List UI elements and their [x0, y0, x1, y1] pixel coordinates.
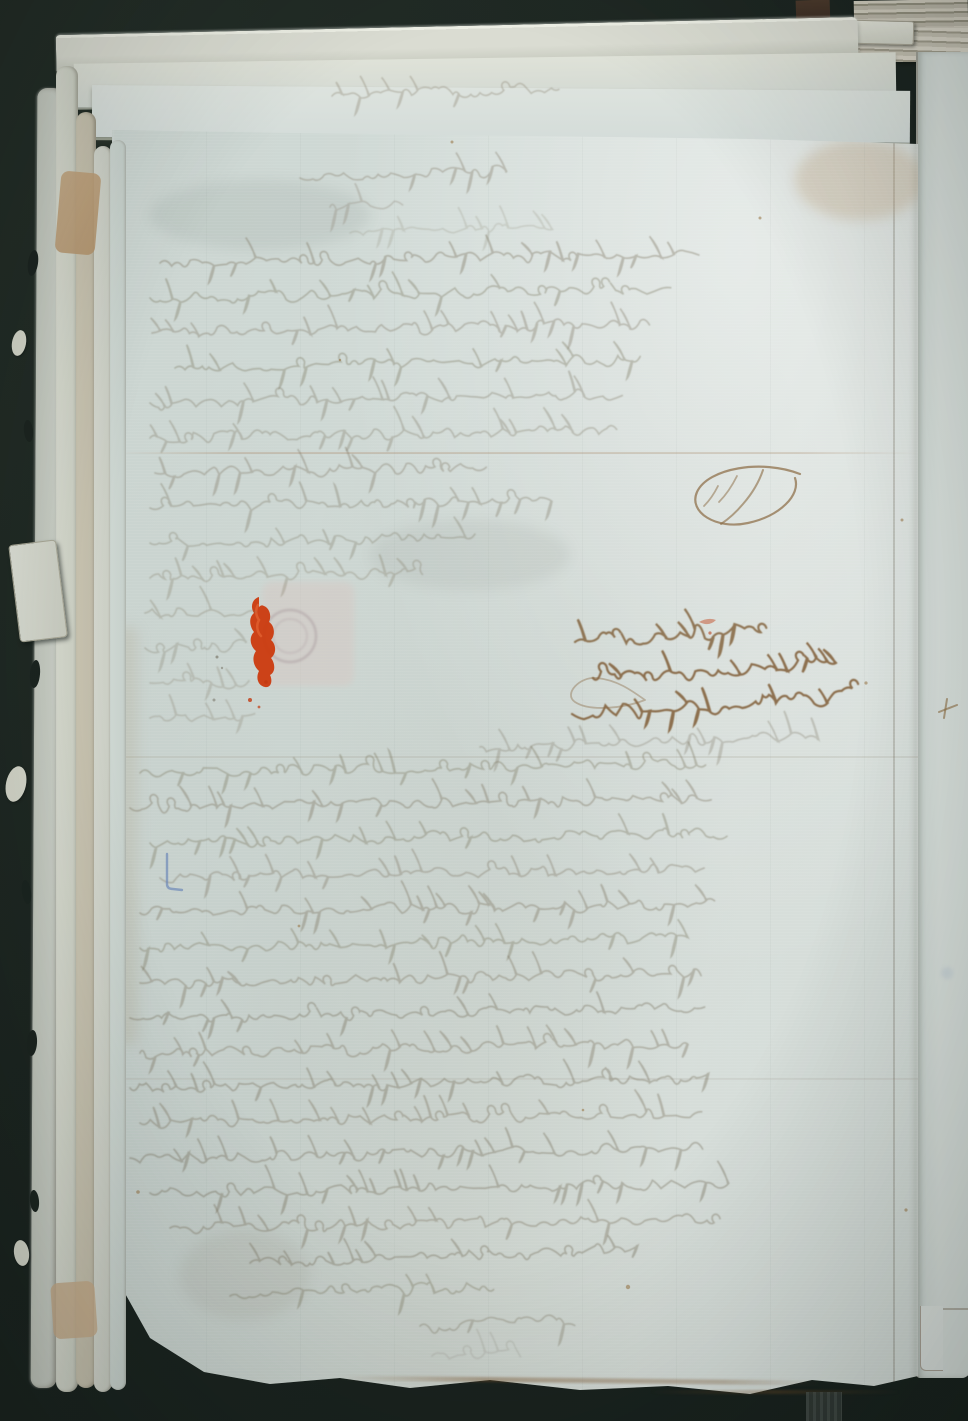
paper-speck — [582, 1109, 585, 1112]
handwriting-line — [170, 1196, 721, 1251]
paper-speck — [901, 519, 904, 522]
paper-speck — [626, 1285, 630, 1289]
signature-stroke — [704, 486, 718, 506]
handwriting-line — [431, 1327, 520, 1360]
seal-impression-patch — [262, 582, 354, 686]
marks-group — [136, 141, 957, 1290]
handwriting-line — [130, 774, 712, 828]
photo-background — [0, 0, 968, 1421]
grey-speck — [213, 699, 216, 702]
blue-smudge — [941, 967, 953, 979]
signature-stroke — [721, 470, 763, 524]
red-ink-smudge — [699, 619, 716, 624]
handwriting-line — [145, 585, 256, 618]
signature-flourish-loop — [695, 467, 800, 525]
handwriting-line — [420, 1314, 576, 1349]
wax-speck — [248, 698, 252, 702]
handwriting-line — [150, 299, 649, 354]
handwriting-line — [160, 230, 700, 284]
handwriting-line — [331, 69, 559, 115]
handwriting-line — [140, 1088, 702, 1136]
handwriting-line — [140, 947, 702, 1007]
grey-speck — [221, 667, 223, 669]
handwriting-line — [229, 1271, 494, 1319]
handwriting-line — [155, 445, 487, 495]
handwriting-line — [145, 628, 247, 670]
red-ink-dot — [708, 631, 711, 634]
address-flourish — [571, 678, 645, 708]
handwriting-line — [150, 516, 476, 561]
handwriting-line — [150, 402, 617, 455]
handwriting-line — [329, 182, 403, 230]
paper-speck — [451, 141, 454, 144]
ink-showthrough-artwork — [0, 0, 968, 1421]
handwriting-line — [130, 1053, 710, 1110]
handwriting-line — [150, 477, 553, 533]
paper-speck — [759, 217, 762, 220]
handwriting-line — [591, 639, 836, 687]
paper-speck — [136, 1190, 140, 1194]
paper-speck — [864, 681, 867, 684]
signature-stroke — [719, 476, 737, 502]
handwriting-line — [299, 151, 507, 198]
paper-speck — [298, 925, 301, 928]
handwriting-group — [130, 69, 861, 1360]
handwriting-line — [150, 693, 255, 733]
handwriting-line — [140, 741, 706, 793]
wax-speck — [264, 680, 268, 684]
handwriting-line — [130, 1124, 703, 1178]
handwriting-line — [140, 875, 715, 935]
grey-speck — [216, 656, 219, 659]
blue-registrar-mark — [167, 854, 182, 890]
handwriting-line — [140, 919, 689, 969]
cross-mark — [939, 705, 957, 712]
handwriting-line — [160, 844, 705, 897]
handwriting-line — [150, 812, 728, 867]
handwriting-line — [573, 603, 768, 665]
handwriting-line — [130, 990, 705, 1039]
handwriting-line — [150, 370, 623, 424]
wax-speck — [258, 706, 261, 709]
handwriting-line — [150, 662, 250, 699]
wax-seal-group — [248, 582, 354, 708]
handwriting-line — [150, 267, 671, 320]
paper-speck — [339, 359, 341, 361]
paper-speck — [904, 1208, 907, 1211]
